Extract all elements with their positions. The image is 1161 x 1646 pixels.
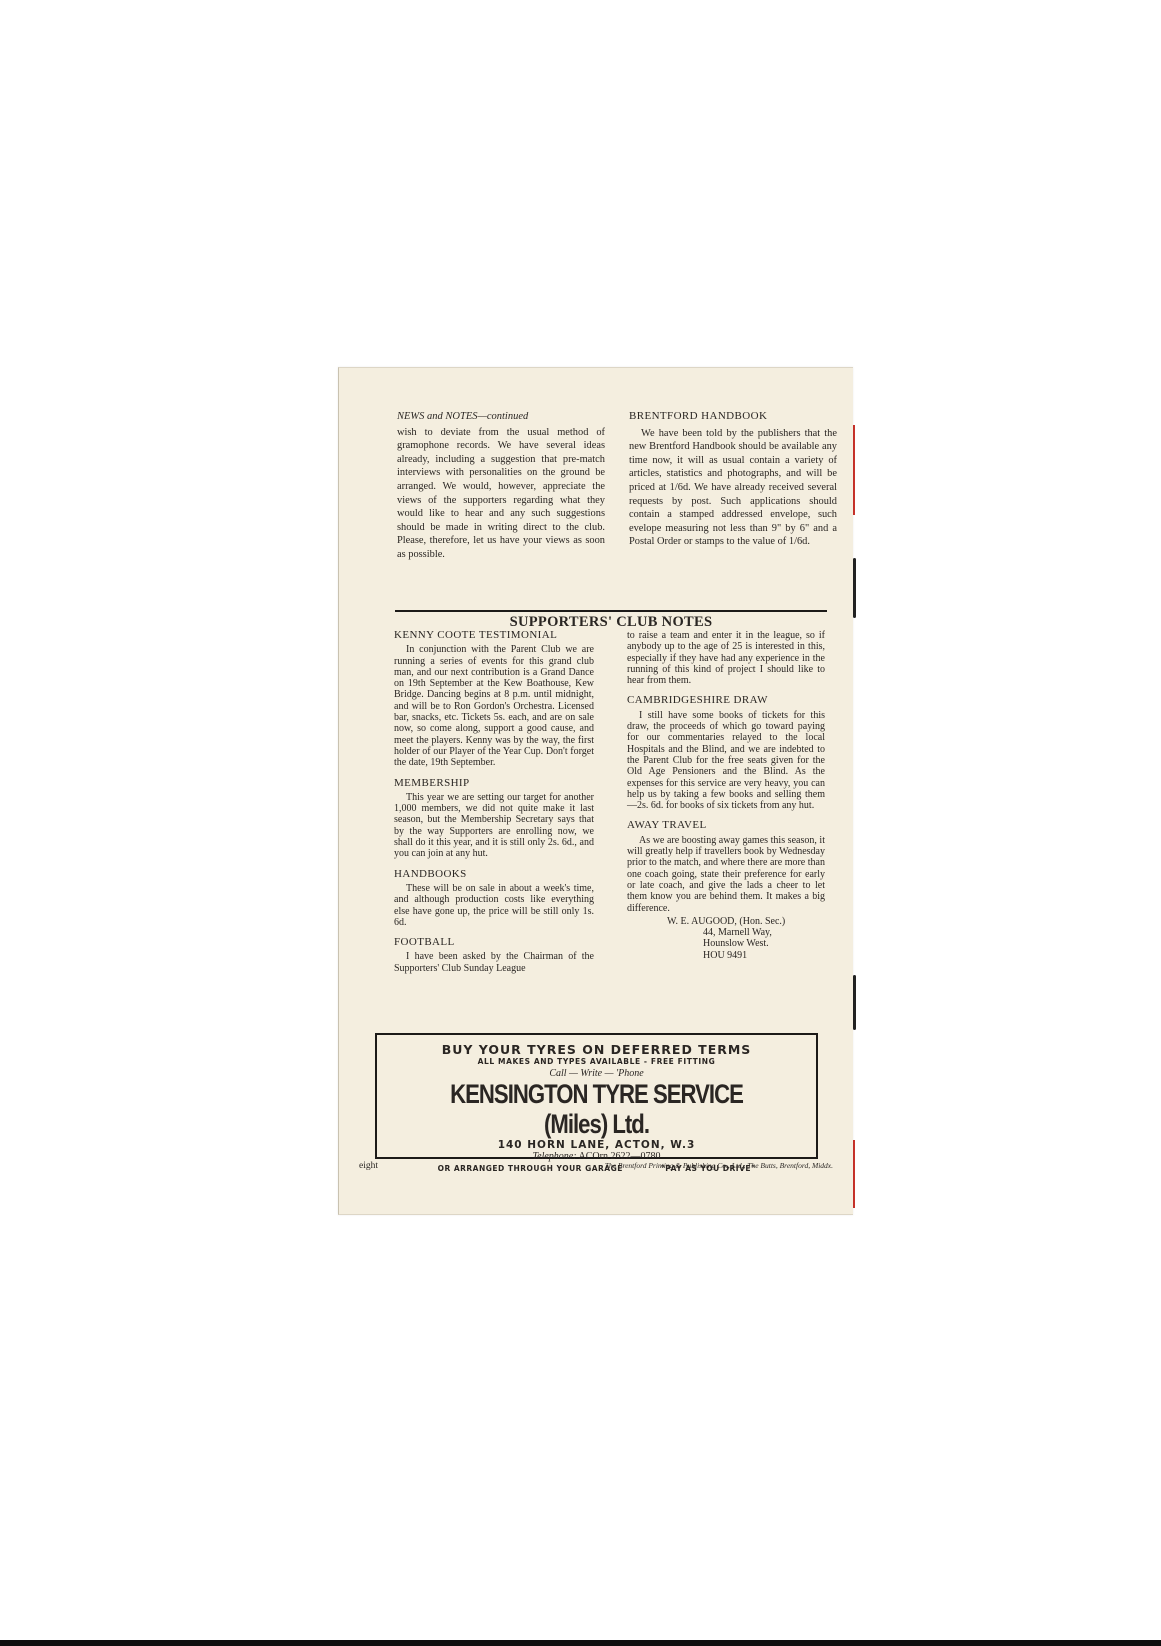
section-body: As we are boosting away games this seaso…	[627, 835, 825, 914]
scan-edge	[0, 1640, 1161, 1646]
signature-address-line: 44, Marnell Way,	[627, 927, 825, 938]
section-body-continued: to raise a team and enter it in the leag…	[627, 630, 825, 686]
printer-credit: The Brentford Printing & Publishing Co.,…	[605, 1161, 833, 1171]
ad-subheadline: ALL MAKES AND TYPES AVAILABLE - FREE FIT…	[377, 1057, 816, 1066]
tyre-advertisement: BUY YOUR TYRES ON DEFERRED TERMS ALL MAK…	[375, 1033, 818, 1159]
staple-mark	[853, 558, 856, 618]
news-notes-column: NEWS and NOTES—continued wish to deviate…	[397, 410, 605, 562]
ad-headline: BUY YOUR TYRES ON DEFERRED TERMS	[377, 1042, 816, 1057]
staple-mark	[853, 975, 856, 1030]
page-number: eight	[359, 1161, 378, 1171]
brentford-handbook-heading: BRENTFORD HANDBOOK	[629, 410, 837, 424]
section-body: I still have some books of tickets for t…	[627, 710, 825, 812]
ad-contact-methods: Call — Write — 'Phone	[377, 1068, 816, 1079]
section-heading: HANDBOOKS	[394, 869, 594, 880]
ad-company-name: KENSINGTON TYRE SERVICE (Miles) Ltd.	[417, 1079, 777, 1139]
ad-address: 140 HORN LANE, ACTON, W.3	[377, 1139, 816, 1151]
supporters-left-column: KENNY COOTE TESTIMONIAL In conjunction w…	[394, 630, 594, 974]
supporters-right-column: to raise a team and enter it in the leag…	[627, 630, 825, 961]
page-footer: eight The Brentford Printing & Publishin…	[359, 1161, 833, 1171]
section-body: This year we are setting our target for …	[394, 792, 594, 860]
signature-address-line: Hounslow West.	[627, 938, 825, 949]
section-body: I have been asked by the Chairman of the…	[394, 951, 594, 974]
section-heading: CAMBRIDGESHIRE DRAW	[627, 695, 825, 706]
programme-page: NEWS and NOTES—continued wish to deviate…	[338, 367, 853, 1215]
section-body: In conjunction with the Parent Club we a…	[394, 644, 594, 768]
section-heading: AWAY TRAVEL	[627, 820, 825, 831]
news-notes-body: wish to deviate from the usual method of…	[397, 426, 605, 562]
brentford-handbook-body: We have been told by the publishers that…	[629, 427, 837, 549]
section-heading: MEMBERSHIP	[394, 778, 594, 789]
section-body: These will be on sale in about a week's …	[394, 883, 594, 928]
signature-address-line: HOU 9491	[627, 950, 825, 961]
brentford-handbook-column: BRENTFORD HANDBOOK We have been told by …	[629, 410, 837, 549]
signature-name: W. E. AUGOOD, (Hon. Sec.)	[627, 916, 825, 927]
section-heading: KENNY COOTE TESTIMONIAL	[394, 630, 594, 641]
section-heading: FOOTBALL	[394, 937, 594, 948]
news-notes-heading: NEWS and NOTES—continued	[397, 410, 605, 424]
section-divider	[395, 610, 827, 612]
